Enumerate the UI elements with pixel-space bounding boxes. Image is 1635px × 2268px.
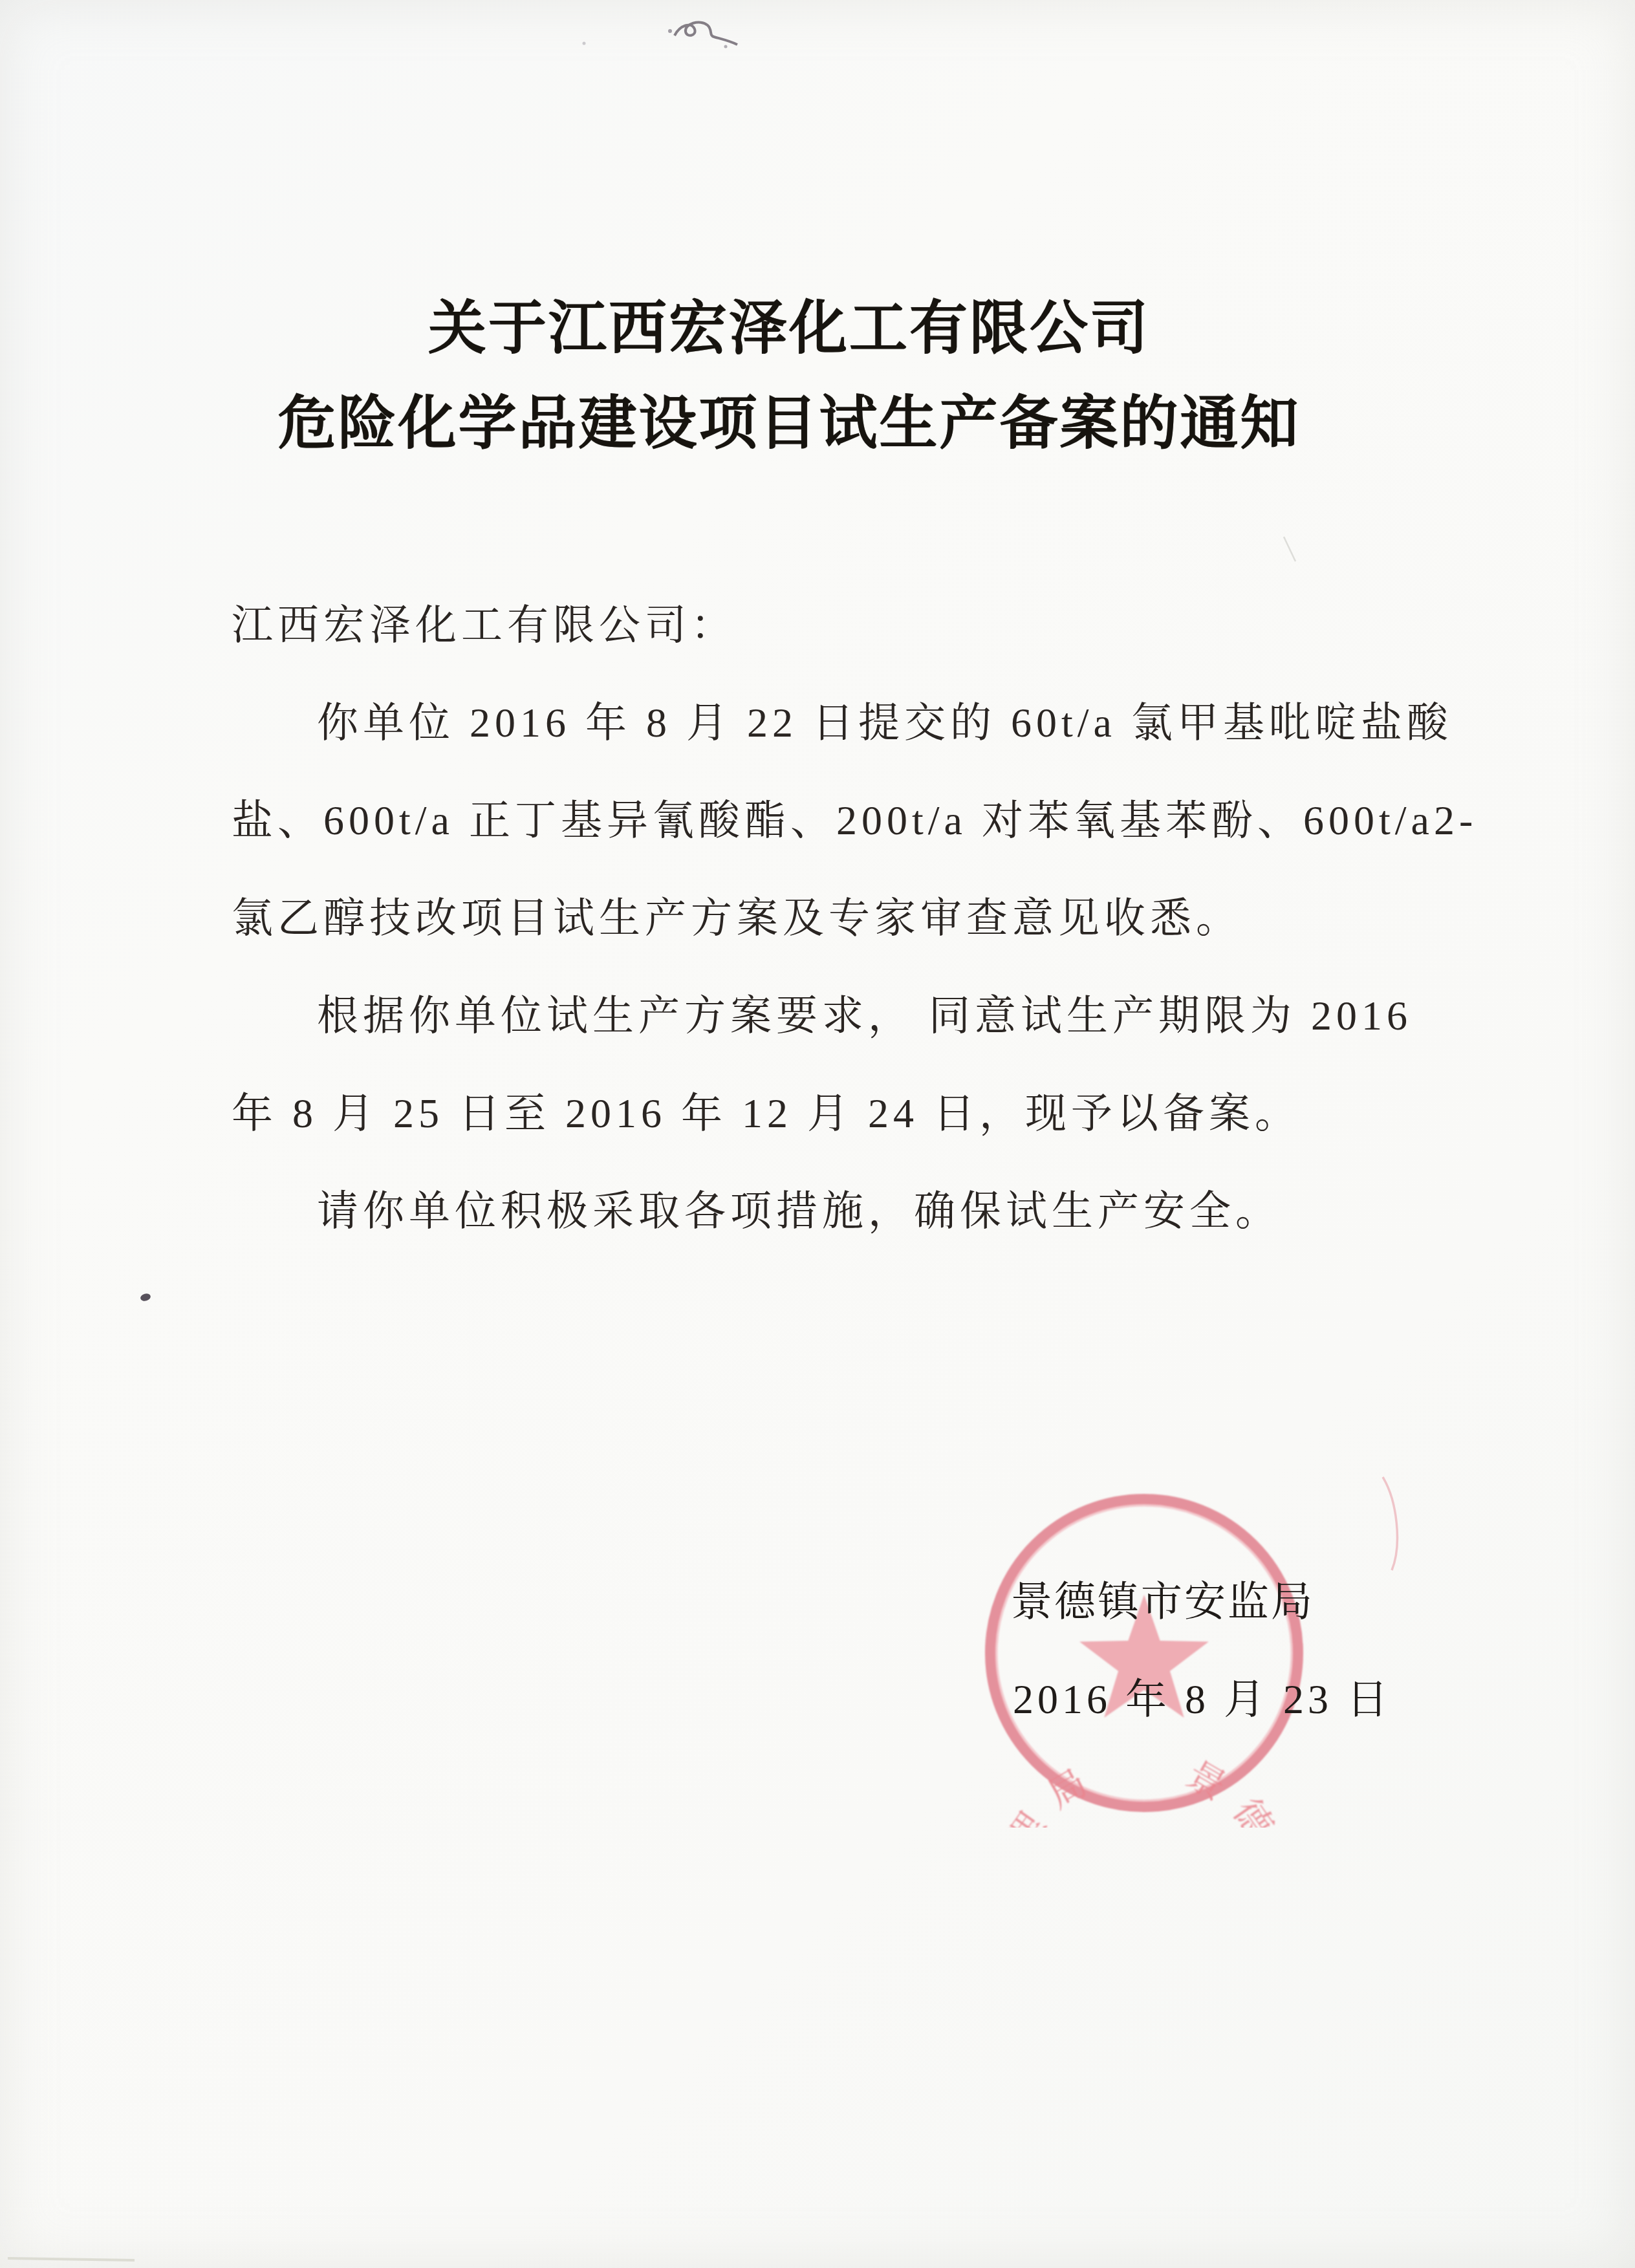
paragraph2-line2: 年 8 月 25 日至 2016 年 12 月 24 日，现予以备案。 — [232, 1093, 1301, 1134]
signature-date: 2016 年 8 月 23 日 — [1013, 1679, 1392, 1720]
paragraph3-line1: 请你单位积极采取各项措施，确保试生产安全。 — [317, 1191, 1281, 1232]
document-title-line2: 危险化学品建设项目试生产备案的通知 — [0, 395, 1578, 453]
document-title-line1: 关于江西宏泽化工有限公司 — [0, 300, 1578, 358]
paragraph1-line2: 盐、600t/a 正丁基异氰酸酯、200t/a 对苯氧基苯酚、600t/a2- — [232, 800, 1477, 841]
paragraph1-line3: 氯乙醇技改项目试生产方案及专家审查意见收悉。 — [232, 898, 1242, 939]
paragraph2-line1: 根据你单位试生产方案要求， 同意试生产期限为 2016 — [317, 995, 1412, 1037]
red-scratch — [1383, 1477, 1397, 1570]
ink-smudge-top — [583, 22, 738, 48]
ink-dot — [140, 1293, 151, 1302]
bottom-edge-line — [8, 2258, 135, 2260]
faint-scratch — [1284, 537, 1295, 561]
official-seal-stamp: 景德镇市安全生产监督管理局 — [969, 1478, 1319, 1828]
scanned-notice-page: 景德镇市安全生产监督管理局 关于江西宏泽化工有限公司 危险化学品建设项目试生产备… — [0, 0, 1635, 2268]
signature-org: 景德镇市安监局 — [1011, 1581, 1314, 1623]
salutation: 江西宏泽化工有限公司： — [232, 605, 737, 646]
paragraph1-line1: 你单位 2016 年 8 月 22 日提交的 60t/a 氯甲基吡啶盐酸 — [317, 702, 1453, 744]
